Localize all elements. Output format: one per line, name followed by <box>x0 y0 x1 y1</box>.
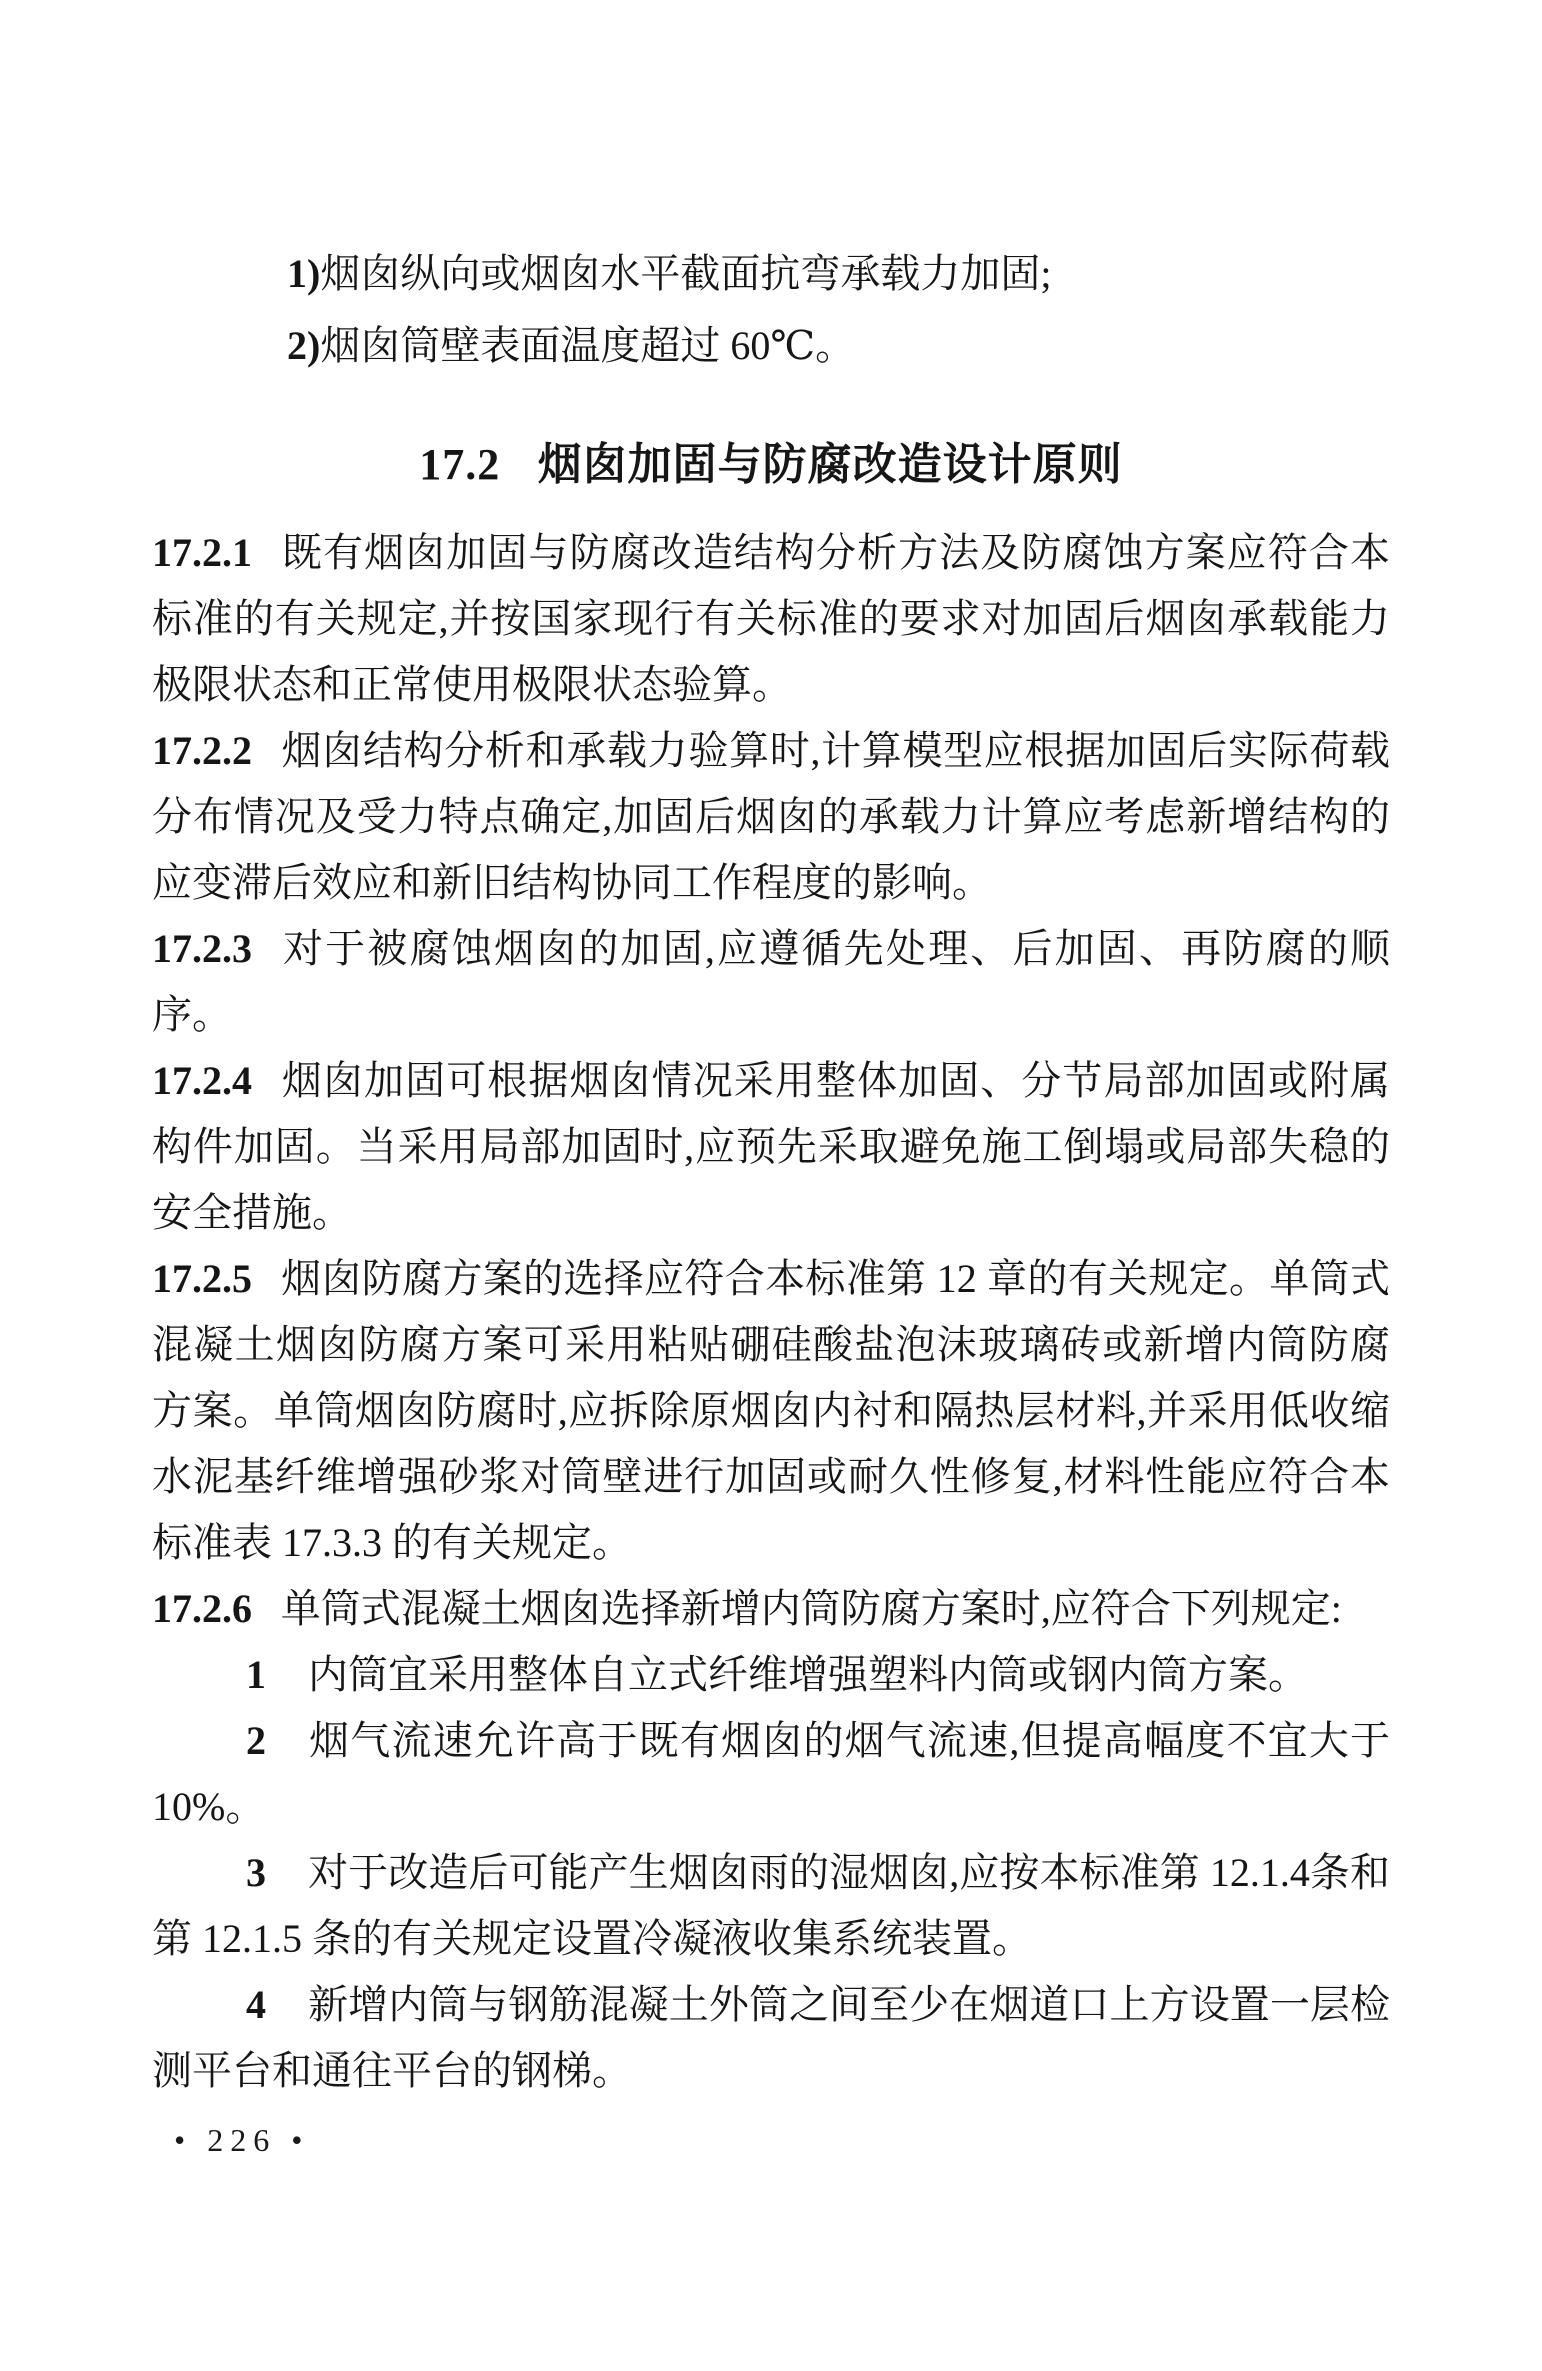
list-item-marker: 1) <box>287 251 320 296</box>
sub-item: 4新增内筒与钢筋混凝土外筒之间至少在烟道口上方设置一层检测平台和通往平台的钢梯。 <box>152 1972 1390 2104</box>
sub-item-number: 1 <box>246 1652 266 1697</box>
clause-text: 对于被腐蚀烟囱的加固,应遵循先处理、后加固、再防腐的顺序。 <box>152 926 1390 1037</box>
section-heading: 17.2烟囱加固与防腐改造设计原则 <box>152 432 1390 498</box>
clause: 17.2.3对于被腐蚀烟囱的加固,应遵循先处理、后加固、再防腐的顺序。 <box>152 916 1390 1048</box>
clause-number: 17.2.1 <box>152 530 252 575</box>
list-item-marker: 2) <box>287 323 320 368</box>
sub-item-number: 2 <box>246 1718 266 1763</box>
list-item-text: 烟囱纵向或烟囱水平截面抗弯承载力加固; <box>320 251 1051 296</box>
list-item: 1)烟囱纵向或烟囱水平截面抗弯承载力加固; <box>152 238 1390 310</box>
clause: 17.2.6单筒式混凝土烟囱选择新增内筒防腐方案时,应符合下列规定: <box>152 1576 1390 1642</box>
clause: 17.2.4烟囱加固可根据烟囱情况采用整体加固、分节局部加固或附属构件加固。当采… <box>152 1048 1390 1246</box>
clause-number: 17.2.5 <box>152 1256 252 1301</box>
clause-number: 17.2.3 <box>152 926 252 971</box>
document-page: 1)烟囱纵向或烟囱水平截面抗弯承载力加固; 2)烟囱筒壁表面温度超过 60℃。 … <box>0 0 1542 2371</box>
list-item: 2)烟囱筒壁表面温度超过 60℃。 <box>152 310 1390 382</box>
sub-item-text: 新增内筒与钢筋混凝土外筒之间至少在烟道口上方设置一层检测平台和通往平台的钢梯。 <box>152 1982 1390 2093</box>
list-item-text: 烟囱筒壁表面温度超过 60℃。 <box>320 323 855 368</box>
clause-number: 17.2.2 <box>152 728 252 773</box>
sub-item-text: 对于改造后可能产生烟囱雨的湿烟囱,应按本标准第 12.1.4条和第 12.1.5… <box>152 1850 1390 1961</box>
clause-text: 单筒式混凝土烟囱选择新增内筒防腐方案时,应符合下列规定: <box>281 1586 1342 1631</box>
clause-number: 17.2.6 <box>152 1586 252 1631</box>
sub-item: 3对于改造后可能产生烟囱雨的湿烟囱,应按本标准第 12.1.4条和第 12.1.… <box>152 1840 1390 1972</box>
sub-item-number: 3 <box>246 1850 266 1895</box>
page-number: • 226 • <box>152 2118 1390 2162</box>
clause: 17.2.5烟囱防腐方案的选择应符合本标准第 12 章的有关规定。单筒式混凝土烟… <box>152 1246 1390 1576</box>
clause-body: 17.2.1既有烟囱加固与防腐改造结构分析方法及防腐蚀方案应符合本标准的有关规定… <box>152 520 1390 2104</box>
clause: 17.2.2烟囱结构分析和承载力验算时,计算模型应根据加固后实际荷载分布情况及受… <box>152 718 1390 916</box>
section-heading-number: 17.2 <box>419 440 500 489</box>
sub-item-text: 烟气流速允许高于既有烟囱的烟气流速,但提高幅度不宜大于 10%。 <box>152 1718 1390 1829</box>
numbered-list: 1)烟囱纵向或烟囱水平截面抗弯承载力加固; 2)烟囱筒壁表面温度超过 60℃。 <box>152 238 1390 382</box>
sub-item: 2烟气流速允许高于既有烟囱的烟气流速,但提高幅度不宜大于 10%。 <box>152 1708 1390 1840</box>
clause-text: 烟囱结构分析和承载力验算时,计算模型应根据加固后实际荷载分布情况及受力特点确定,… <box>152 728 1390 905</box>
clause-text: 既有烟囱加固与防腐改造结构分析方法及防腐蚀方案应符合本标准的有关规定,并按国家现… <box>152 530 1390 707</box>
sub-item: 1内筒宜采用整体自立式纤维增强塑料内筒或钢内筒方案。 <box>152 1642 1390 1708</box>
sub-item-text: 内筒宜采用整体自立式纤维增强塑料内筒或钢内筒方案。 <box>308 1652 1308 1697</box>
clause-text: 烟囱防腐方案的选择应符合本标准第 12 章的有关规定。单筒式混凝土烟囱防腐方案可… <box>152 1256 1390 1565</box>
clause: 17.2.1既有烟囱加固与防腐改造结构分析方法及防腐蚀方案应符合本标准的有关规定… <box>152 520 1390 718</box>
clause-number: 17.2.4 <box>152 1058 252 1103</box>
section-heading-title: 烟囱加固与防腐改造设计原则 <box>538 440 1123 489</box>
clause-text: 烟囱加固可根据烟囱情况采用整体加固、分节局部加固或附属构件加固。当采用局部加固时… <box>152 1058 1390 1235</box>
sub-item-number: 4 <box>246 1982 266 2027</box>
